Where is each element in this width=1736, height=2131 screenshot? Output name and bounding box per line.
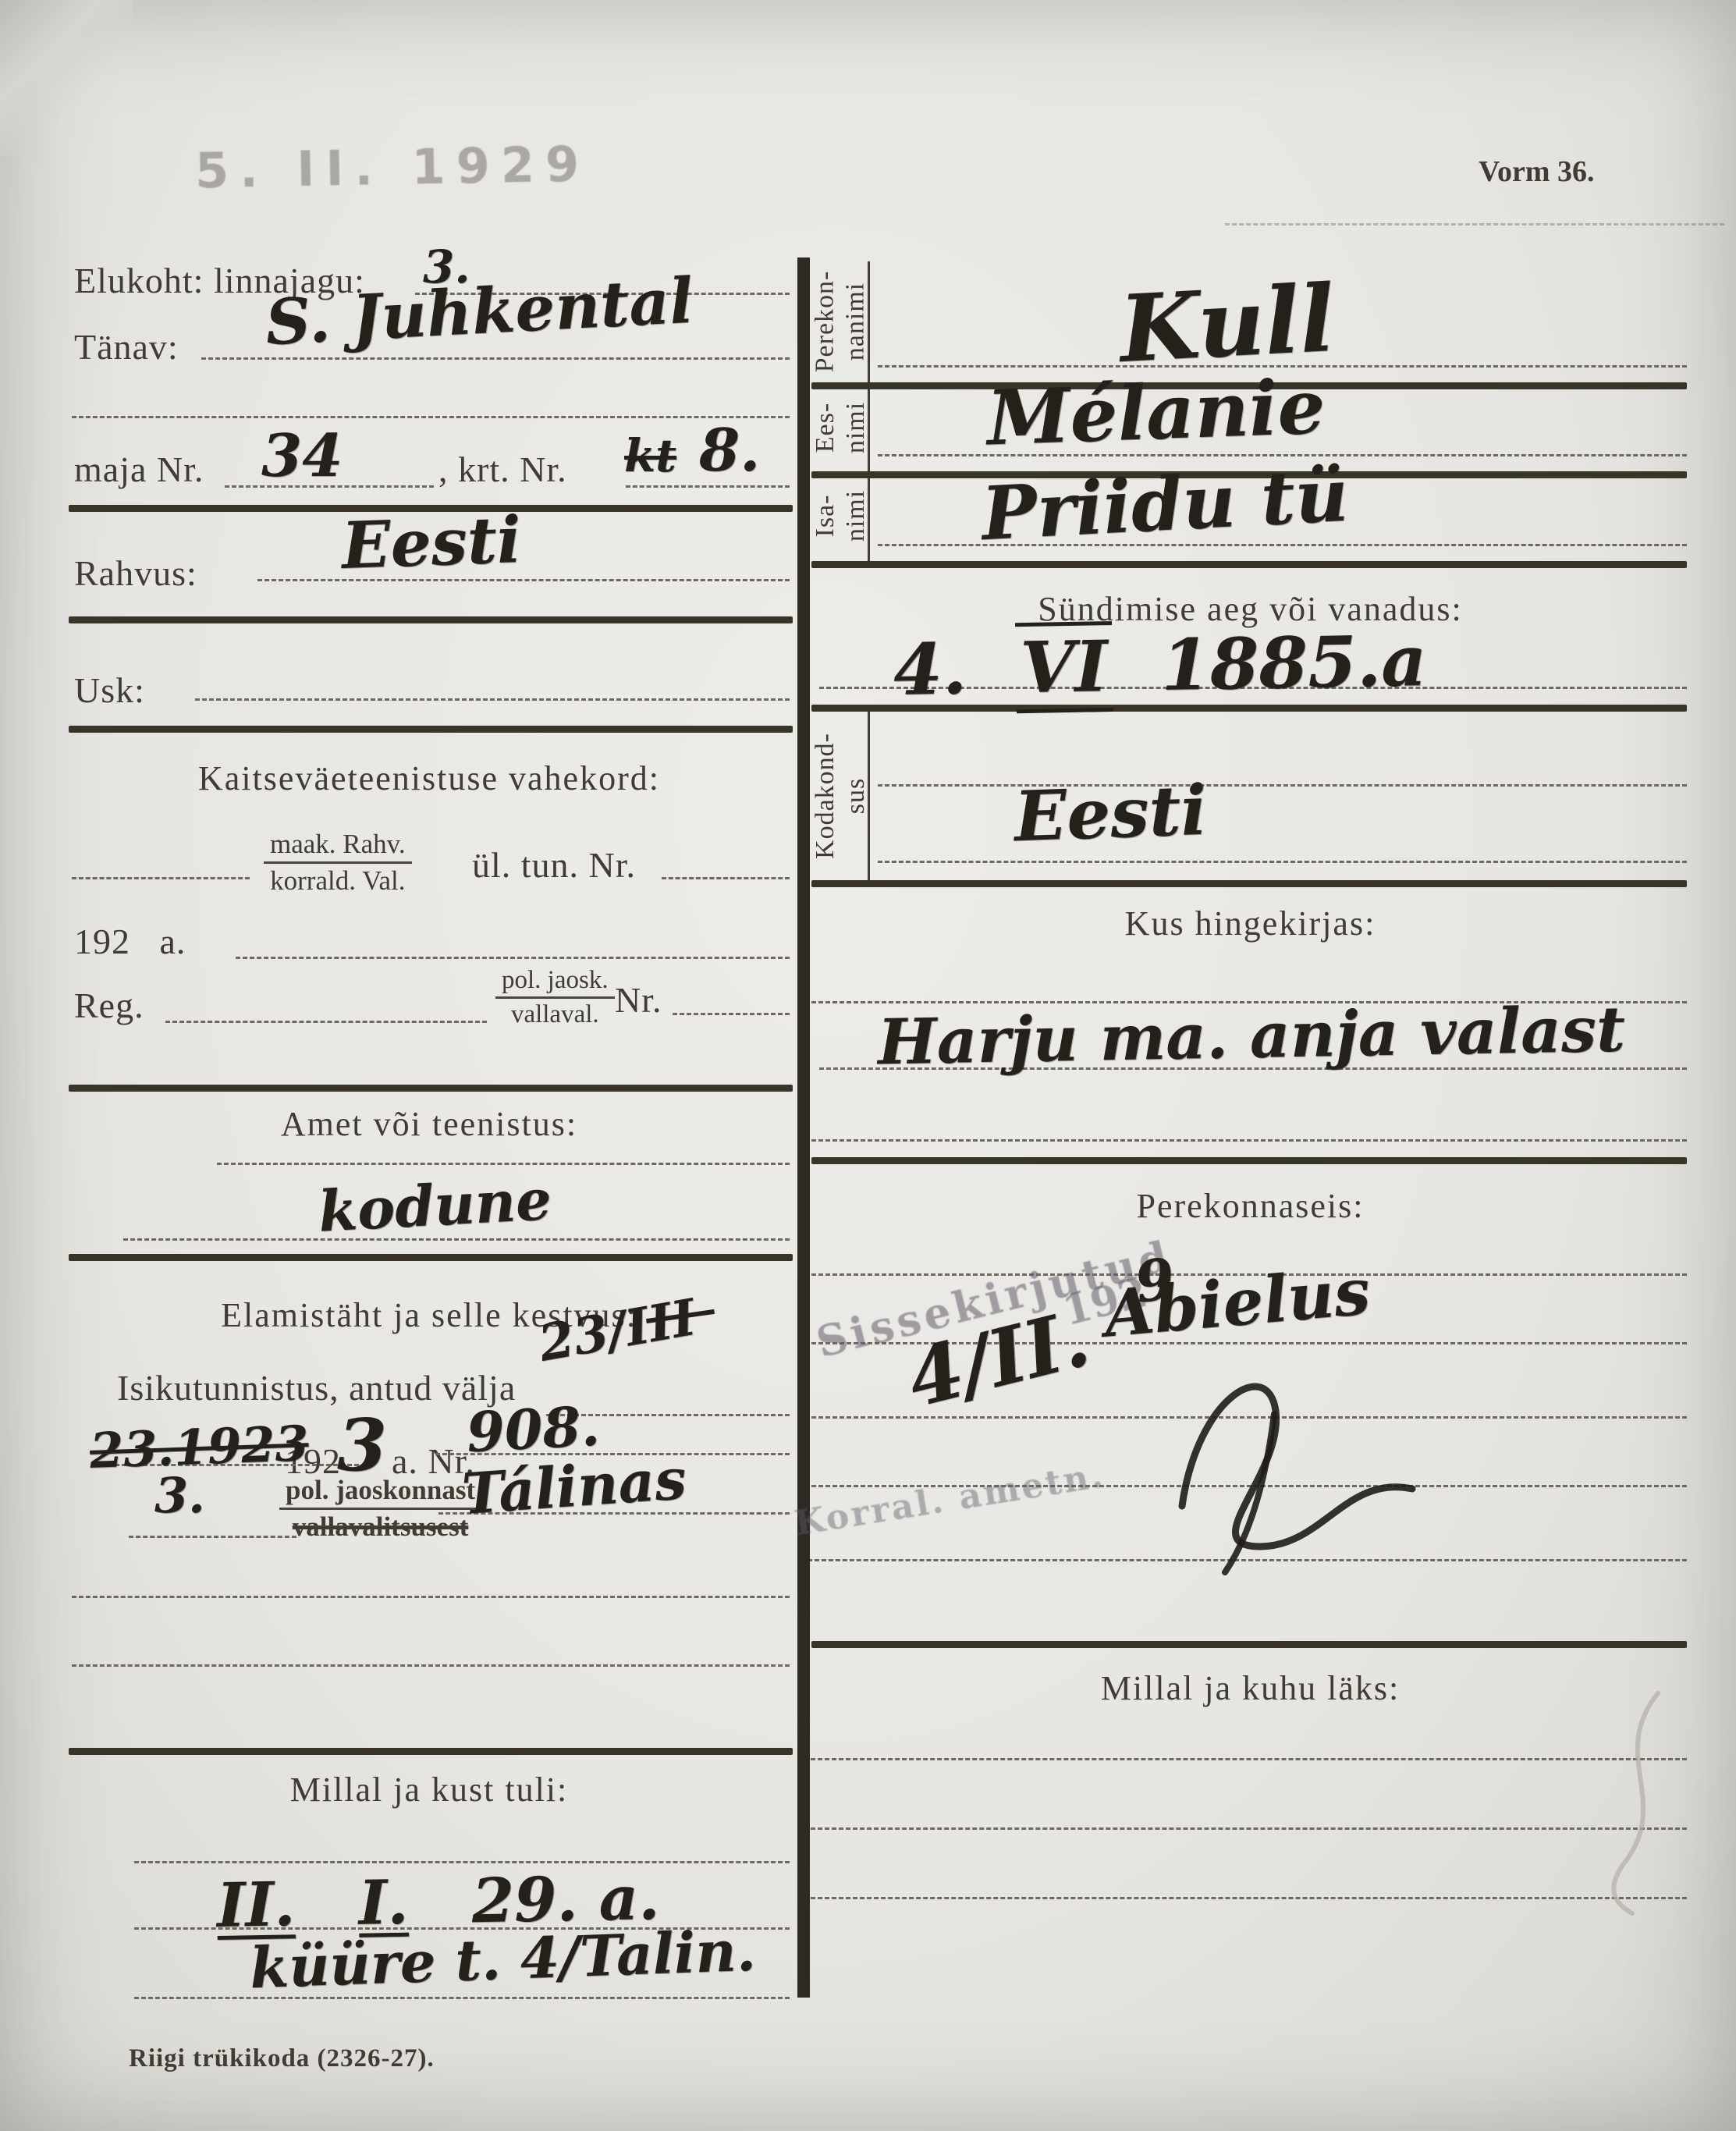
year-part: 1885.a <box>1160 620 1427 707</box>
rahvus-value: Eesti <box>340 503 522 584</box>
section-rule <box>69 1254 793 1261</box>
usk-label: Usk: <box>74 669 145 711</box>
roman-day: II. <box>216 1869 296 1941</box>
section-rule <box>69 616 793 623</box>
dotted-line <box>72 1664 790 1667</box>
maja-value: 34 <box>261 421 343 490</box>
eesnimi-label: Ees- nimi <box>810 385 872 471</box>
dotted-line <box>72 877 250 879</box>
year-printed-suffix: a. <box>160 922 186 961</box>
section-rule <box>811 1157 1687 1164</box>
fraction-top: maak. Rahv. <box>264 829 412 864</box>
section-rule <box>69 1748 793 1755</box>
krt-label: , krt. Nr. <box>438 449 567 490</box>
maak-rahv-fraction: maak. Rahv. korrald. Val. <box>264 829 412 897</box>
rahvus-label: Rahvus: <box>74 552 197 594</box>
dotted-line <box>662 877 790 879</box>
year2-handwritten: 3 <box>337 1403 387 1487</box>
krt-crossed-value: kt <box>624 429 676 482</box>
official-title-stamp: Korral. ametn. <box>792 1455 1108 1543</box>
nr-label: Nr. <box>615 979 662 1021</box>
kodakondsus-label: Kodakond- sus <box>810 718 872 874</box>
section-rule <box>69 726 793 733</box>
dotted-line <box>811 1139 1687 1142</box>
isanimi-value: Priidu tü <box>979 453 1350 557</box>
registration-form-vorm36: 5. II. 1929 Vorm 36. Elukoht: linnajagu:… <box>0 0 1736 2131</box>
day-part: 4. <box>893 627 967 712</box>
eesnimi-value: Mélanie <box>985 362 1326 462</box>
section-rule <box>811 880 1687 887</box>
hinge-heading: Kus hingekirjas: <box>815 904 1685 943</box>
paper-crease-line <box>1225 223 1724 226</box>
fraction-bottom-crossed: vallavalitsusest <box>279 1510 481 1543</box>
jaoskond-prefix-value: 3. <box>154 1467 205 1524</box>
year-printed-prefix: 192 <box>74 922 130 961</box>
kodakondsus-value: Eesti <box>1013 769 1208 858</box>
dotted-line <box>134 1997 790 1999</box>
dotted-line <box>804 1897 1687 1899</box>
dotted-line <box>217 1163 790 1165</box>
amet-value: kodune <box>317 1166 553 1245</box>
sund-value: 4. VI 1885.a <box>893 620 1427 712</box>
seis-heading: Perekonnaseis: <box>815 1186 1685 1226</box>
maja-label: maja Nr. <box>74 449 204 490</box>
date-received-stamp: 5. II. 1929 <box>194 136 590 200</box>
fraction-bottom: vallaval. <box>495 999 615 1029</box>
dotted-line <box>257 579 790 581</box>
dotted-line <box>878 784 1687 787</box>
column-divider <box>797 257 810 1998</box>
printer-note: Riigi trükikoda (2326-27). <box>129 2044 435 2073</box>
fraction-top: pol. jaosk. <box>495 966 615 999</box>
dotted-line <box>878 861 1687 863</box>
dotted-line <box>673 1013 790 1015</box>
roman-month: VI <box>1015 621 1113 713</box>
dotted-line <box>123 1238 790 1241</box>
isikutunnistus-label: Isikutunnistus, antud välja <box>117 1367 516 1408</box>
laks-heading: Millal ja kuhu läks: <box>815 1668 1685 1708</box>
tanav-label: Tänav: <box>74 326 179 368</box>
amet-heading: Amet või teenistus: <box>94 1104 765 1144</box>
stamp-year-handwritten: 9 <box>1131 1245 1178 1316</box>
section-rule <box>811 1641 1687 1648</box>
dotted-line <box>129 1536 296 1538</box>
form-number: Vorm 36. <box>1479 154 1594 189</box>
dotted-line <box>165 1021 487 1023</box>
dotted-line <box>195 698 790 701</box>
pol-jaosk-fraction: pol. jaosk. vallaval. <box>495 966 615 1029</box>
isanimi-label: Isa- nimi <box>810 473 872 559</box>
dotted-line <box>134 1861 790 1863</box>
roman-month: I. <box>358 1867 409 1939</box>
dotted-line <box>804 1827 1687 1830</box>
kaitse-heading: Kaitseväeteenistuse vahekord: <box>94 758 765 798</box>
official-signature <box>1147 1350 1443 1576</box>
dotted-line <box>236 957 790 959</box>
krt-value: 8. <box>699 416 760 485</box>
reg-label: Reg. <box>74 985 144 1026</box>
tuli-heading: Millal ja kust tuli: <box>94 1770 765 1810</box>
dotted-line <box>626 485 790 488</box>
fraction-bottom: korrald. Val. <box>264 864 412 897</box>
dotted-line <box>72 416 790 418</box>
pencil-mark <box>1584 1685 1693 1920</box>
dotted-line <box>804 1758 1687 1760</box>
ul-tun-nr-label: ül. tun. Nr. <box>472 844 636 886</box>
dotted-line <box>72 1596 790 1598</box>
paper-corner-fold <box>0 0 133 156</box>
section-rule <box>69 1085 793 1092</box>
section-rule <box>811 561 1687 568</box>
hinge-value: Harju ma. anja valast <box>877 993 1625 1079</box>
perekonnanimi-label: Perekon- nanimi <box>810 261 872 382</box>
year-192-label: 192 a. <box>74 921 186 962</box>
